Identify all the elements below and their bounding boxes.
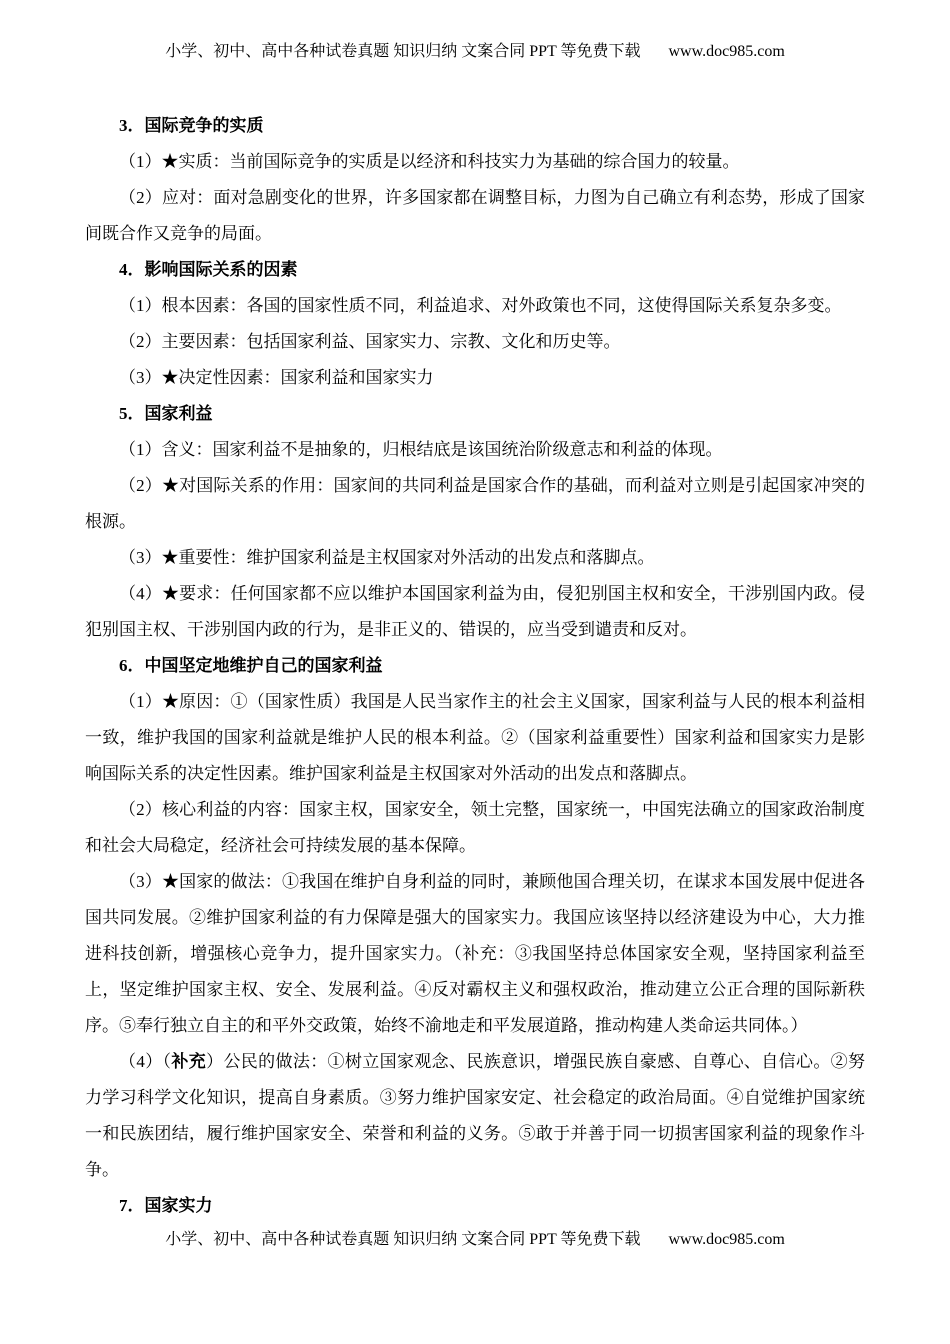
paragraph-run: （3）★国家的做法：①我国在维护自身利益的同时，兼顾他国合理关切，在谋求本国发展…: [85, 872, 865, 1035]
paragraph: （2）★对国际关系的作用：国家间的共同利益是国家合作的基础，而利益对立则是引起国…: [85, 468, 865, 540]
paragraph-run: （3）★决定性因素：国家利益和国家实力: [119, 368, 434, 387]
paragraph: （3）★决定性因素：国家利益和国家实力: [85, 360, 865, 396]
paragraph-run: （1）含义：国家利益不是抽象的，归根结底是该国统治阶级意志和利益的体现。: [119, 440, 723, 459]
document-body: 3．国际竞争的实质（1）★实质：当前国际竞争的实质是以经济和科技实力为基础的综合…: [85, 108, 865, 1224]
section-heading: 5．国家利益: [85, 396, 865, 432]
footer-site-url: www.doc985.com: [669, 1231, 785, 1248]
paragraph-run: （1）★实质：当前国际竞争的实质是以经济和科技实力为基础的综合国力的较量。: [119, 152, 740, 171]
paragraph: （2）应对：面对急剧变化的世界，许多国家都在调整目标，力图为自己确立有利态势，形…: [85, 180, 865, 252]
paragraph-run: （3）★重要性：维护国家利益是主权国家对外活动的出发点和落脚点。: [119, 548, 655, 567]
paragraph-run: （1）★原因：①（国家性质）我国是人民当家作主的社会主义国家，国家利益与人民的根…: [85, 692, 865, 783]
section-heading: 4．影响国际关系的因素: [85, 252, 865, 288]
paragraph: （1）★原因：①（国家性质）我国是人民当家作主的社会主义国家，国家利益与人民的根…: [85, 684, 865, 792]
paragraph-run: （2）★对国际关系的作用：国家间的共同利益是国家合作的基础，而利益对立则是引起国…: [85, 476, 865, 531]
paragraph: （3）★国家的做法：①我国在维护自身利益的同时，兼顾他国合理关切，在谋求本国发展…: [85, 864, 865, 1044]
section-heading: 6．中国坚定地维护自己的国家利益: [85, 648, 865, 684]
section-heading: 3．国际竞争的实质: [85, 108, 865, 144]
page-header: 小学、初中、高中各种试卷真题 知识归纳 文案合同 PPT 等免费下载www.do…: [0, 42, 950, 62]
header-site-url: www.doc985.com: [669, 43, 785, 60]
paragraph: （1）★实质：当前国际竞争的实质是以经济和科技实力为基础的综合国力的较量。: [85, 144, 865, 180]
paragraph-bold-run: 补充: [171, 1052, 206, 1071]
header-promo-text: 小学、初中、高中各种试卷真题 知识归纳 文案合同 PPT 等免费下载: [165, 43, 640, 60]
paragraph-run: （1）根本因素：各国的国家性质不同，利益追求、对外政策也不同，这使得国际关系复杂…: [119, 296, 842, 315]
paragraph: （2）核心利益的内容：国家主权，国家安全，领土完整，国家统一，中国宪法确立的国家…: [85, 792, 865, 864]
paragraph-run: （2）主要因素：包括国家利益、国家实力、宗教、文化和历史等。: [119, 332, 621, 351]
paragraph-run: （2）核心利益的内容：国家主权，国家安全，领土完整，国家统一，中国宪法确立的国家…: [85, 800, 865, 855]
page-footer: 小学、初中、高中各种试卷真题 知识归纳 文案合同 PPT 等免费下载www.do…: [0, 1230, 950, 1250]
paragraph: （1）含义：国家利益不是抽象的，归根结底是该国统治阶级意志和利益的体现。: [85, 432, 865, 468]
document-page: 小学、初中、高中各种试卷真题 知识归纳 文案合同 PPT 等免费下载www.do…: [0, 0, 950, 1344]
paragraph: （2）主要因素：包括国家利益、国家实力、宗教、文化和历史等。: [85, 324, 865, 360]
footer-promo-text: 小学、初中、高中各种试卷真题 知识归纳 文案合同 PPT 等免费下载: [165, 1231, 640, 1248]
section-heading: 7．国家实力: [85, 1188, 865, 1224]
paragraph: （3）★重要性：维护国家利益是主权国家对外活动的出发点和落脚点。: [85, 540, 865, 576]
paragraph: （4）★要求：任何国家都不应以维护本国国家利益为由，侵犯别国主权和安全，干涉别国…: [85, 576, 865, 648]
paragraph-run: （4）★要求：任何国家都不应以维护本国国家利益为由，侵犯别国主权和安全，干涉别国…: [85, 584, 865, 639]
paragraph: （1）根本因素：各国的国家性质不同，利益追求、对外政策也不同，这使得国际关系复杂…: [85, 288, 865, 324]
paragraph: （4）（补充）公民的做法：①树立国家观念、民族意识，增强民族自豪感、自尊心、自信…: [85, 1044, 865, 1188]
paragraph-run: （2）应对：面对急剧变化的世界，许多国家都在调整目标，力图为自己确立有利态势，形…: [85, 188, 865, 243]
paragraph-run: （4）（: [119, 1052, 171, 1071]
paragraph-run: ）公民的做法：①树立国家观念、民族意识，增强民族自豪感、自尊心、自信心。②努力学…: [85, 1052, 865, 1179]
